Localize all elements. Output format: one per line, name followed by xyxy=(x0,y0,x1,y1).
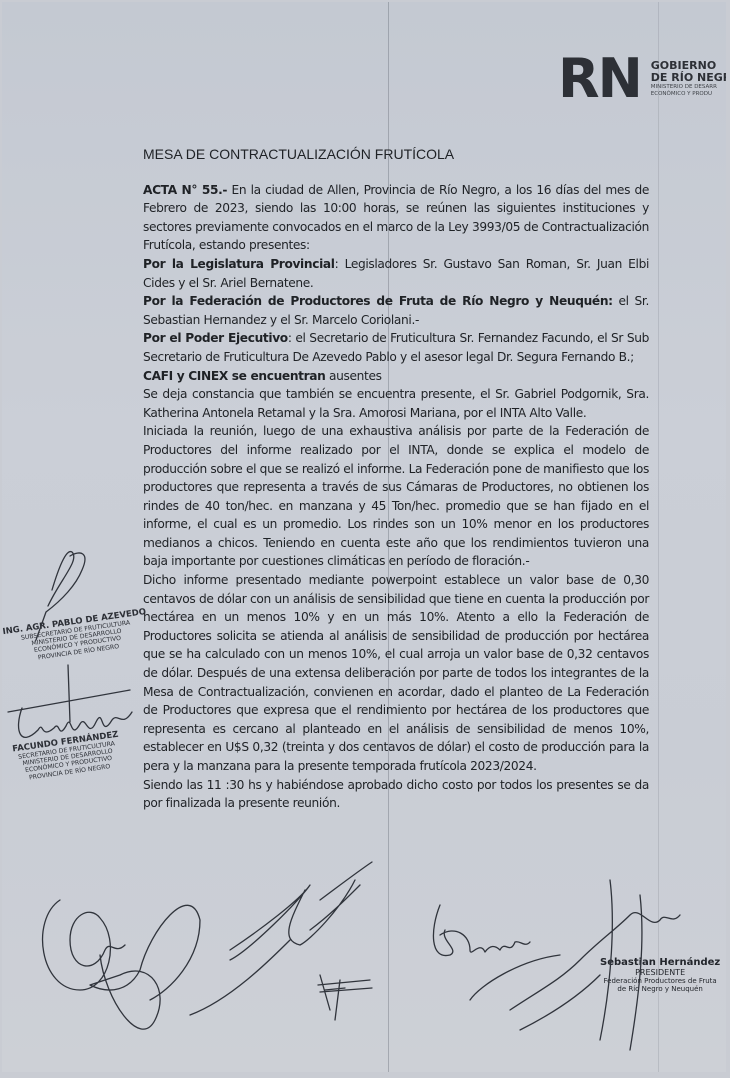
federacion-label: Por la Federación de Productores de Frut… xyxy=(143,294,613,308)
scanned-page: RN GOBIERNO DE RÍO NEGR MINISTERIO DE DE… xyxy=(2,2,726,1072)
dicho-paragraph: Dicho informe presentado mediante powerp… xyxy=(143,571,649,776)
acta-label: ACTA N° 55.- xyxy=(143,183,227,197)
logo-mark: RN xyxy=(558,52,641,106)
ausentes-text: ausentes xyxy=(326,369,382,383)
iniciada-paragraph: Iniciada la reunión, luego de una exhaus… xyxy=(143,422,649,571)
legislatura-paragraph: Por la Legislatura Provincial: Legislado… xyxy=(143,255,649,292)
document-title: MESA DE CONTRACTUALIZACIÓN FRUTÍCOLA xyxy=(143,145,649,164)
fold-line xyxy=(658,2,659,1072)
acta-paragraph: ACTA N° 55.- En la ciudad de Allen, Prov… xyxy=(143,181,649,255)
stamp-hernandez: Sebastian Hernández PRESIDENTE Federació… xyxy=(600,957,720,993)
document-body: MESA DE CONTRACTUALIZACIÓN FRUTÍCOLA ACT… xyxy=(143,145,649,813)
letterhead-logo: RN GOBIERNO DE RÍO NEGR MINISTERIO DE DE… xyxy=(558,52,726,106)
ausentes-label: CAFI y CINEX se encuentran xyxy=(143,369,326,383)
logo-text: GOBIERNO DE RÍO NEGR MINISTERIO DE DESAR… xyxy=(651,60,726,98)
stamp-role: PRESIDENTE xyxy=(600,968,720,977)
stamp-org: de Río Negro y Neuquén xyxy=(600,985,720,993)
cierre-paragraph: Siendo las 11 :30 hs y habiéndose aproba… xyxy=(143,776,649,813)
ejecutivo-paragraph: Por el Poder Ejecutivo: el Secretario de… xyxy=(143,329,649,366)
logo-sub1: MINISTERIO DE DESARR xyxy=(651,84,726,91)
logo-sub2: ECONÓMICO Y PRODU xyxy=(651,91,726,98)
federacion-paragraph: Por la Federación de Productores de Frut… xyxy=(143,292,649,329)
stamp-fernandez: FACUNDO FERNÁNDEZ SECRETARIO DE FRUTICUL… xyxy=(12,730,123,783)
constancia-paragraph: Se deja constancia que también se encuen… xyxy=(143,385,649,422)
stamp-org: Federación Productores de Fruta xyxy=(600,977,720,985)
ejecutivo-label: Por el Poder Ejecutivo xyxy=(143,331,288,345)
logo-line2: DE RÍO NEGR xyxy=(651,72,726,84)
legislatura-label: Por la Legislatura Provincial xyxy=(143,257,335,271)
stamp-azevedo: ING. AGR. PABLO DE AZEVEDO SUBSECRETARIO… xyxy=(2,607,151,666)
ausentes-paragraph: CAFI y CINEX se encuentran ausentes xyxy=(143,367,649,386)
stamp-name: Sebastian Hernández xyxy=(600,957,720,968)
